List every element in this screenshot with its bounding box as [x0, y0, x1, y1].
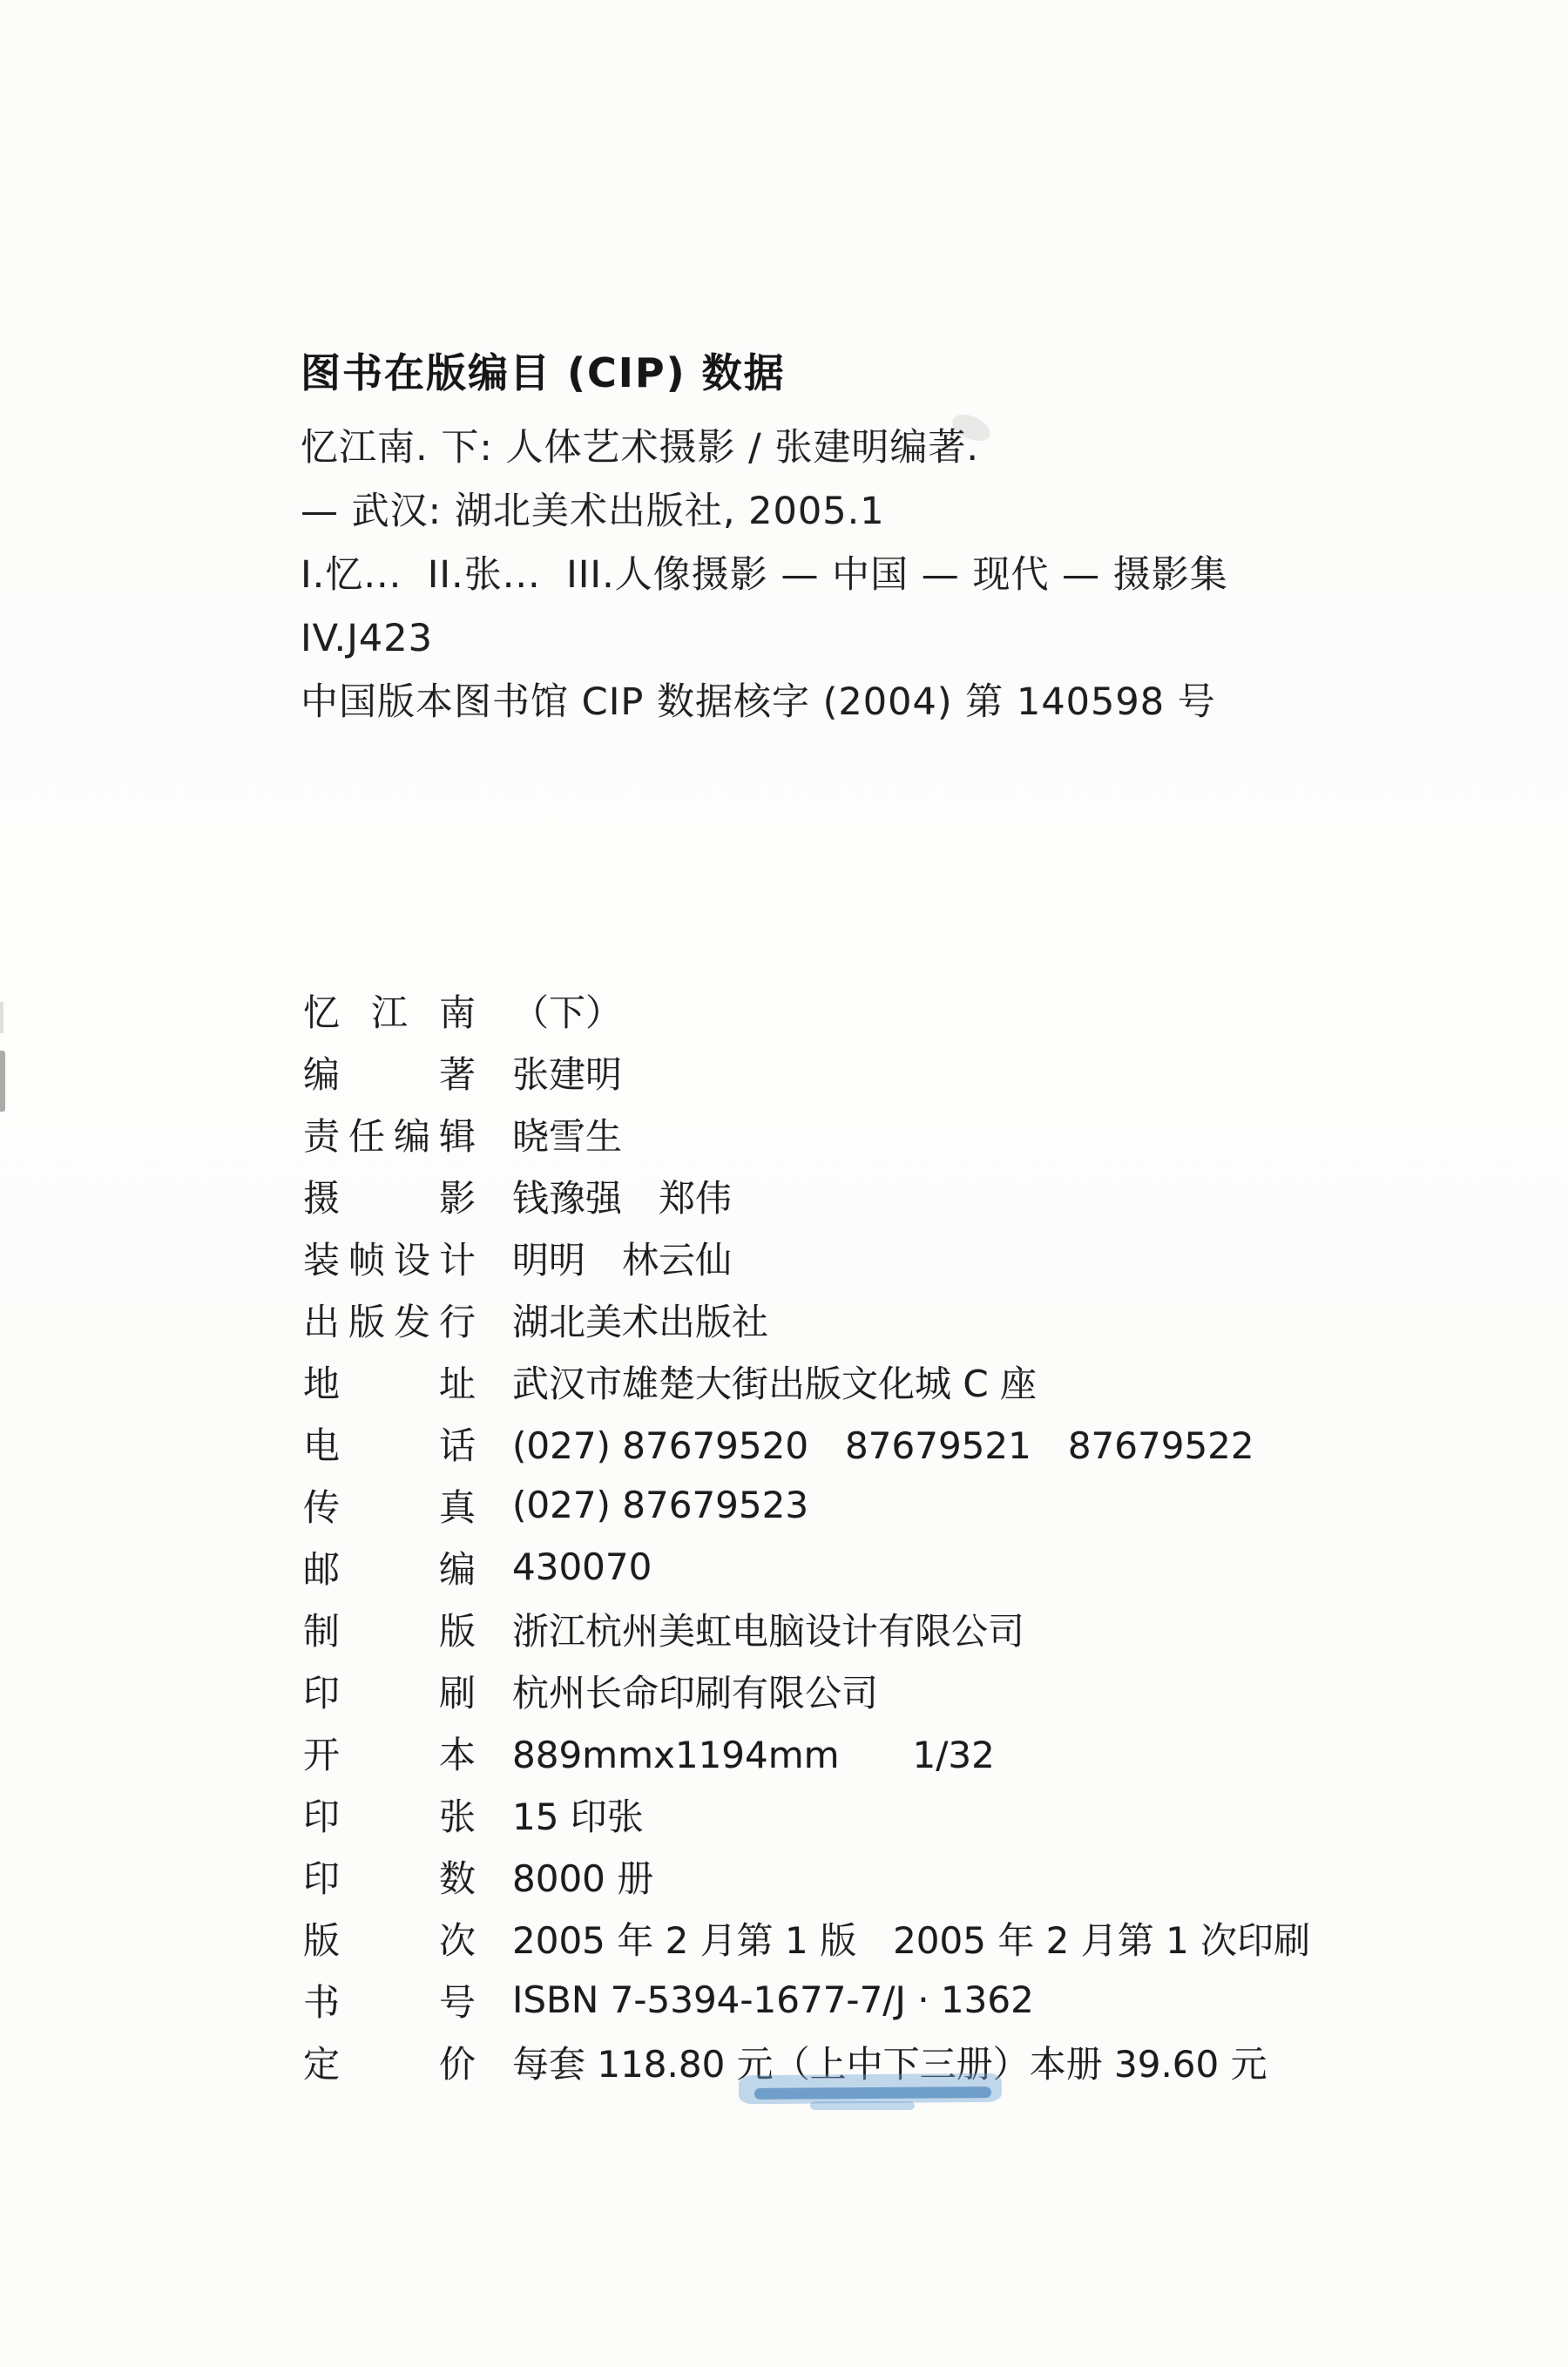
colophon-row-value: 钱豫强 郑伟	[512, 1170, 732, 1222]
label-char: 次	[439, 1912, 476, 1965]
colophon-row-value: 2005 年 2 月第 1 版 2005 年 2 月第 1 次印刷	[512, 1912, 1310, 1965]
cip-record-number: 中国版本图书馆 CIP 数据核字 (2004) 第 140598 号	[301, 671, 1398, 734]
colophon-row-value: 张建明	[512, 1046, 622, 1099]
label-char: 价	[439, 2036, 476, 2088]
label-char: 设	[394, 1232, 430, 1284]
label-char: 责	[303, 1108, 340, 1160]
label-char: 地	[303, 1356, 340, 1408]
colophon-row-label: 摄影	[303, 1170, 476, 1222]
colophon-row-label: 地址	[303, 1356, 476, 1408]
colophon-row: 责任编辑 晓雪生	[303, 1103, 1436, 1165]
colophon-row-label: 忆江南	[303, 984, 476, 1037]
cip-line-subjects: I.忆... II.张... III.人像摄影 — 中国 — 现代 — 摄影集	[301, 544, 1398, 607]
blue-marker-smear-tail	[810, 2101, 915, 2110]
label-char: 本	[439, 1727, 476, 1779]
label-char: 发	[394, 1294, 430, 1346]
colophon-row-label: 制版	[303, 1603, 476, 1655]
label-char: 号	[439, 1974, 476, 2026]
book-copyright-page: 图书在版编目 (CIP) 数据 忆江南. 下: 人体艺术摄影 / 张建明编著. …	[0, 0, 1568, 2367]
cip-line-publisher: — 武汉: 湖北美术出版社, 2005.1	[301, 480, 1398, 544]
colophon-row: 邮编 430070	[303, 1536, 1436, 1598]
label-char: 张	[439, 1789, 476, 1841]
colophon-row-label: 传真	[303, 1479, 476, 1532]
label-char: 帧	[348, 1232, 385, 1284]
page-edge-mark-light	[0, 1002, 3, 1033]
label-char: 数	[439, 1850, 476, 1903]
label-char: 真	[439, 1479, 476, 1532]
colophon-row: 印数 8000 册	[303, 1845, 1436, 1907]
label-char: 印	[303, 1789, 340, 1841]
colophon-row: 传真 (027) 87679523	[303, 1474, 1436, 1536]
colophon-row-value: (027) 87679520 87679521 87679522	[512, 1417, 1254, 1470]
label-char: 话	[439, 1417, 476, 1470]
label-char: 任	[348, 1108, 385, 1160]
colophon-row-value: 430070	[512, 1545, 652, 1588]
colophon-row-label: 定价	[303, 2036, 476, 2088]
colophon-row: 版次 2005 年 2 月第 1 版 2005 年 2 月第 1 次印刷	[303, 1907, 1436, 1969]
label-char: 著	[439, 1046, 476, 1099]
colophon-row: 摄影 钱豫强 郑伟	[303, 1165, 1436, 1227]
colophon-block: 忆江南 （下） 编著 张建明 责任编辑 晓雪生 摄影 钱豫强 郑伟 装帧设计 明…	[303, 979, 1436, 2093]
colophon-row-value: 浙江杭州美虹电脑设计有限公司	[512, 1603, 1024, 1655]
label-char: 定	[303, 2036, 340, 2088]
colophon-row-value: (027) 87679523	[512, 1484, 808, 1526]
colophon-row: 书号 ISBN 7-5394-1677-7/J · 1362	[303, 1969, 1436, 2031]
label-char: 忆	[303, 984, 340, 1037]
label-char: 计	[439, 1232, 476, 1284]
label-char: 江	[371, 984, 408, 1037]
label-char: 传	[303, 1479, 340, 1532]
colophon-row-label: 装帧设计	[303, 1232, 476, 1284]
colophon-row: 忆江南 （下）	[303, 979, 1436, 1041]
colophon-row-value: 明明 林云仙	[512, 1232, 732, 1284]
label-char: 刷	[439, 1665, 476, 1717]
colophon-row: 电话 (027) 87679520 87679521 87679522	[303, 1412, 1436, 1474]
colophon-row-label: 出版发行	[303, 1294, 476, 1346]
colophon-row-label: 印数	[303, 1850, 476, 1903]
label-char: 南	[439, 984, 476, 1037]
colophon-row: 出版发行 湖北美术出版社	[303, 1288, 1436, 1350]
cip-block: 图书在版编目 (CIP) 数据 忆江南. 下: 人体艺术摄影 / 张建明编著. …	[301, 350, 1398, 734]
label-char: 出	[303, 1294, 340, 1346]
label-char: 邮	[303, 1541, 340, 1593]
label-char: 装	[303, 1232, 340, 1284]
label-char: 版	[439, 1603, 476, 1655]
colophon-row: 制版 浙江杭州美虹电脑设计有限公司	[303, 1598, 1436, 1660]
colophon-row-label: 书号	[303, 1974, 476, 2026]
label-char: 摄	[303, 1170, 340, 1222]
label-char: 版	[348, 1294, 385, 1346]
label-char: 辑	[439, 1108, 476, 1160]
label-char: 印	[303, 1850, 340, 1903]
label-char: 址	[439, 1356, 476, 1408]
colophon-row-value: 武汉市雄楚大街出版文化城 C 座	[512, 1356, 1037, 1408]
colophon-row-label: 编著	[303, 1046, 476, 1099]
colophon-row-value: （下）	[512, 984, 622, 1037]
cip-line-classification: IV.J423	[301, 607, 1398, 671]
label-char: 书	[303, 1974, 340, 2026]
colophon-row-label: 开本	[303, 1727, 476, 1779]
label-char: 影	[439, 1170, 476, 1222]
label-char: 行	[439, 1294, 476, 1346]
colophon-row-label: 印张	[303, 1789, 476, 1841]
colophon-row-label: 印刷	[303, 1665, 476, 1717]
colophon-row-value: 8000 册	[512, 1850, 653, 1903]
colophon-row: 印张 15 印张	[303, 1783, 1436, 1845]
label-char: 开	[303, 1727, 340, 1779]
label-char: 印	[303, 1665, 340, 1717]
colophon-row: 开本 889mmx1194mm 1/32	[303, 1721, 1436, 1783]
cip-title: 图书在版编目 (CIP) 数据	[301, 350, 1398, 396]
colophon-row: 地址 武汉市雄楚大街出版文化城 C 座	[303, 1350, 1436, 1412]
label-char: 电	[303, 1417, 340, 1470]
colophon-row-value: 湖北美术出版社	[512, 1294, 768, 1346]
page-edge-mark	[0, 1051, 5, 1112]
colophon-row-label: 电话	[303, 1417, 476, 1470]
colophon-row-label: 邮编	[303, 1541, 476, 1593]
label-char: 制	[303, 1603, 340, 1655]
colophon-row: 装帧设计 明明 林云仙	[303, 1227, 1436, 1288]
colophon-row-value: 晓雪生	[512, 1108, 622, 1160]
colophon-row-value: 杭州长命印刷有限公司	[512, 1665, 878, 1717]
colophon-row-value: 889mmx1194mm 1/32	[512, 1727, 995, 1779]
label-char: 编	[394, 1108, 430, 1160]
label-char: 编	[303, 1046, 340, 1099]
colophon-row-value: ISBN 7-5394-1677-7/J · 1362	[512, 1978, 1034, 2021]
colophon-row: 印刷 杭州长命印刷有限公司	[303, 1660, 1436, 1721]
colophon-row-label: 责任编辑	[303, 1108, 476, 1160]
cip-line-title-statement: 忆江南. 下: 人体艺术摄影 / 张建明编著.	[301, 416, 1398, 480]
colophon-row-label: 版次	[303, 1912, 476, 1965]
colophon-row-value: 15 印张	[512, 1789, 644, 1841]
blue-marker-smear-core	[754, 2086, 991, 2100]
colophon-row: 编著 张建明	[303, 1041, 1436, 1103]
label-char: 版	[303, 1912, 340, 1965]
label-char: 编	[439, 1541, 476, 1593]
